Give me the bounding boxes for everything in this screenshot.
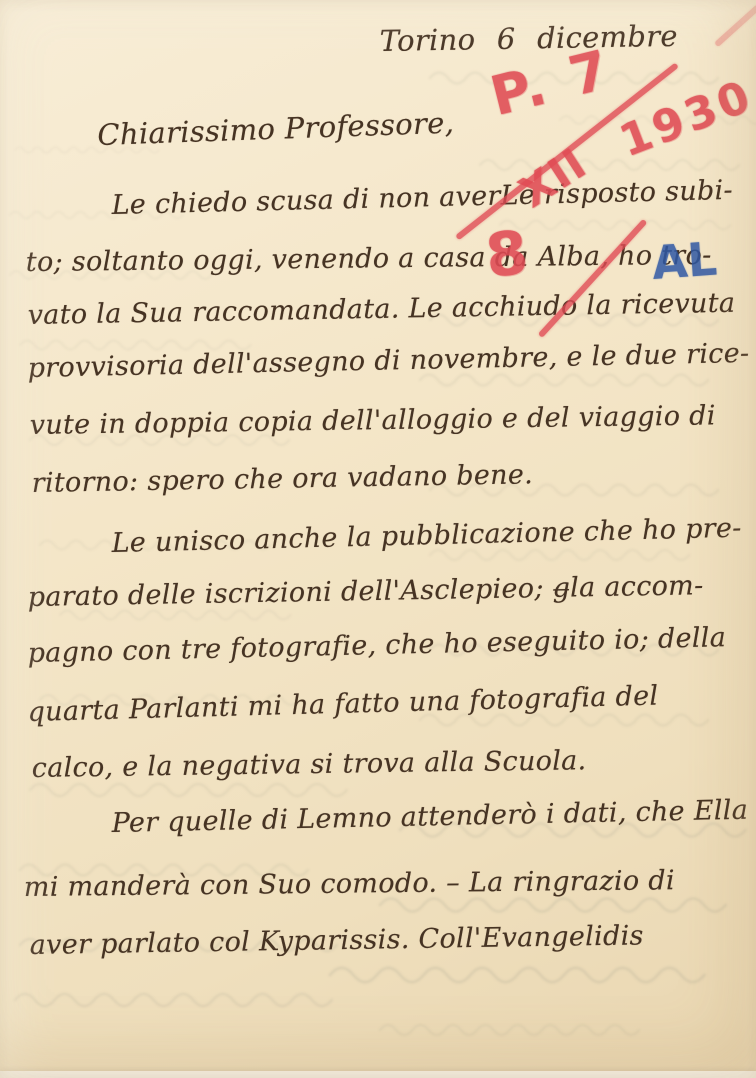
- blue-initials-annotation: AL: [650, 232, 719, 290]
- scan-bottom-edge: [0, 1071, 756, 1078]
- letter-page: Torino 6 dicembre Chiarissimo Professore…: [0, 0, 756, 1078]
- dateline: Torino 6 dicembre: [379, 19, 678, 58]
- red-date-day: 8: [482, 218, 531, 292]
